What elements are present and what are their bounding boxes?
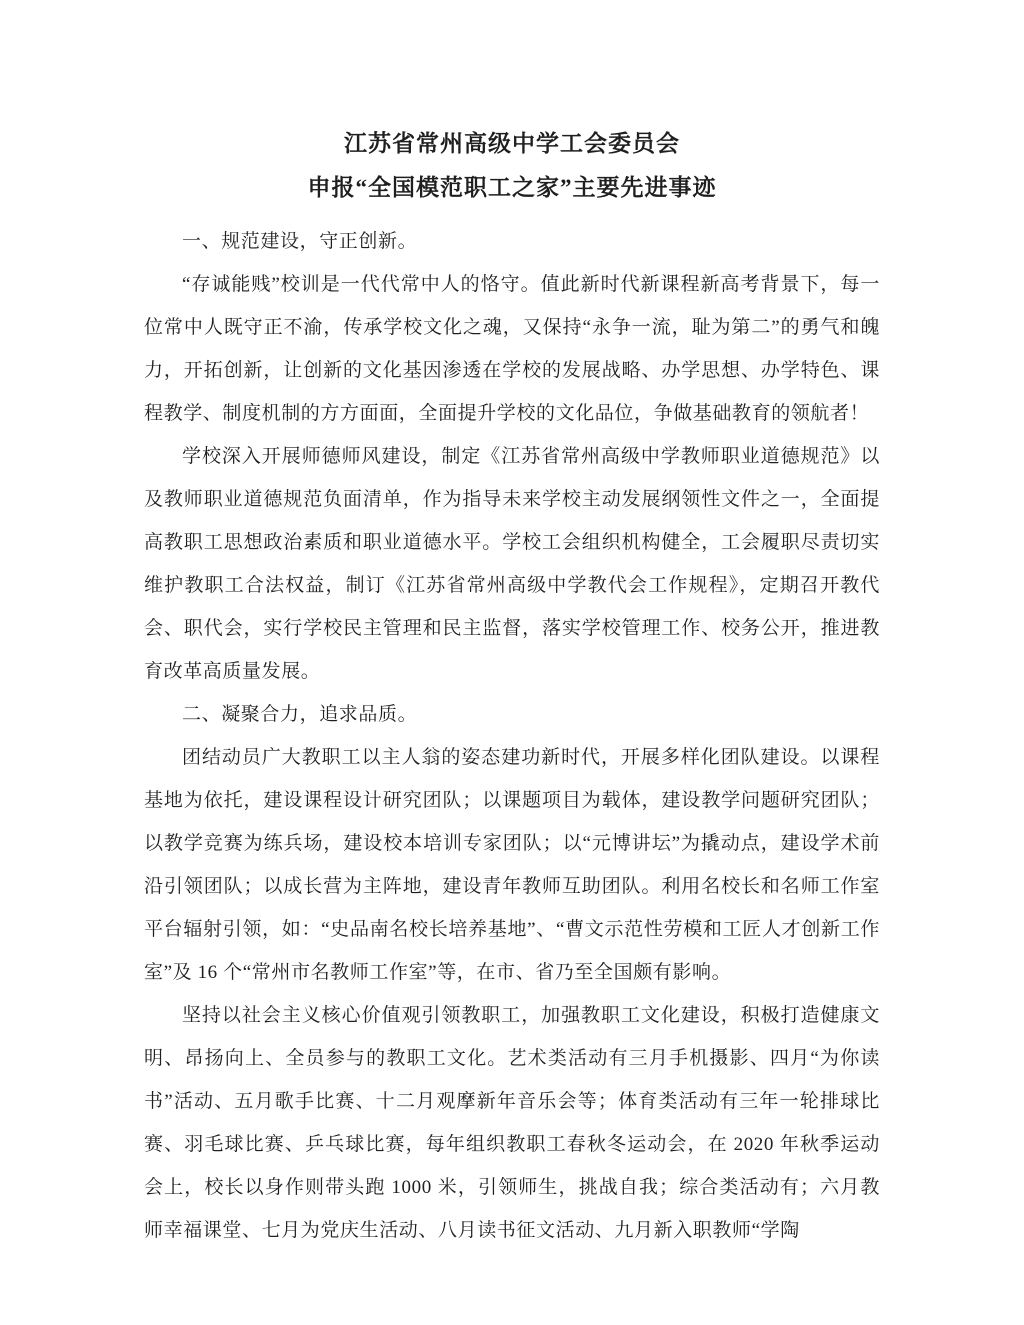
section-heading-1: 一、规范建设，守正创新。 bbox=[144, 220, 880, 263]
document-page: 江苏省常州高级中学工会委员会 申报“全国模范职工之家”主要先进事迹 一、规范建设… bbox=[0, 0, 1024, 1325]
document-title-line-1: 江苏省常州高级中学工会委员会 bbox=[144, 122, 880, 166]
document-body: 一、规范建设，守正创新。 “存诚能贱”校训是一代代常中人的恪守。值此新时代新课程… bbox=[144, 220, 880, 1252]
paragraph-ethics-union-governance: 学校深入开展师德师风建设，制定《江苏省常州高级中学教师职业道德规范》以及教师职业… bbox=[144, 435, 880, 693]
paragraph-team-building: 团结动员广大教职工以主人翁的姿态建功新时代，开展多样化团队建设。以课程基地为依托… bbox=[144, 736, 880, 994]
document-title-line-2: 申报“全国模范职工之家”主要先进事迹 bbox=[144, 166, 880, 210]
paragraph-motto-culture: “存诚能贱”校训是一代代常中人的恪守。值此新时代新课程新高考背景下，每一位常中人… bbox=[144, 263, 880, 435]
paragraph-staff-culture-activities: 坚持以社会主义核心价值观引领教职工，加强教职工文化建设，积极打造健康文明、昂扬向… bbox=[144, 994, 880, 1252]
document-title: 江苏省常州高级中学工会委员会 申报“全国模范职工之家”主要先进事迹 bbox=[144, 122, 880, 210]
section-heading-2: 二、凝聚合力，追求品质。 bbox=[144, 693, 880, 736]
